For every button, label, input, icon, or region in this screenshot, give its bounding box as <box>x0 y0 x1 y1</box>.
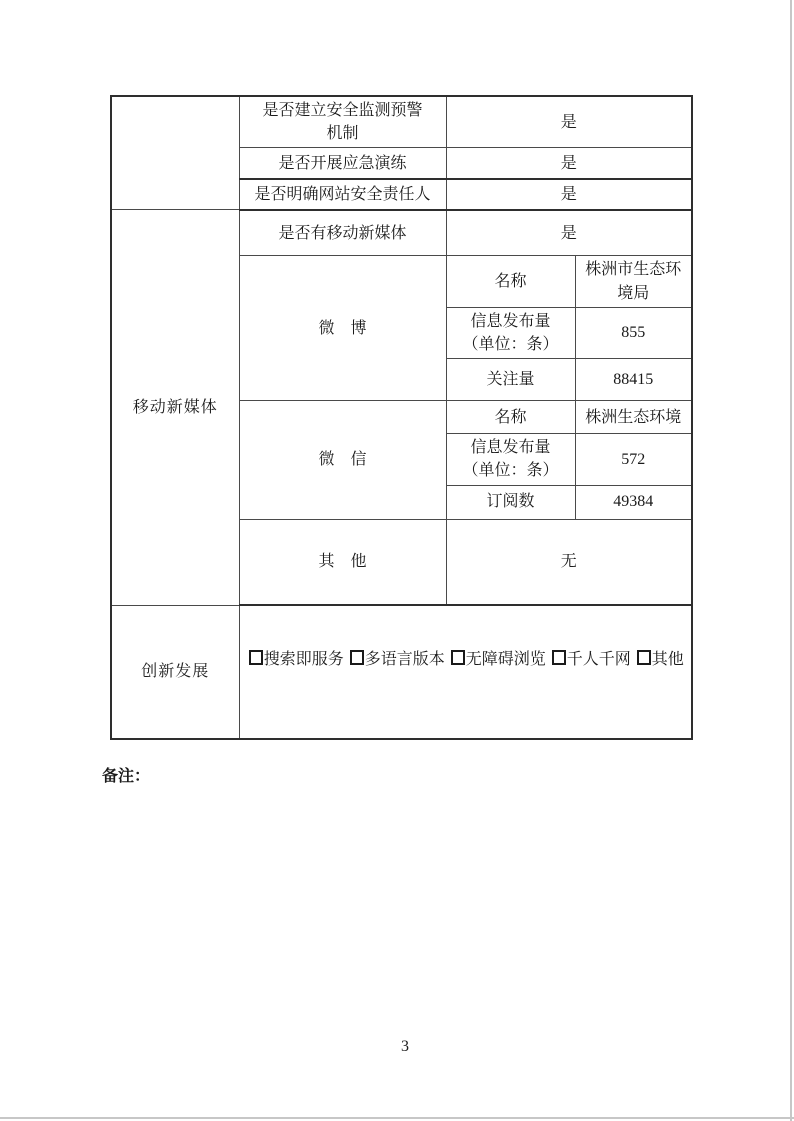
checkbox-search-as-service-icon[interactable] <box>249 650 263 665</box>
weibo-name-value: 株洲市生态环 境局 <box>575 256 692 307</box>
wechat-subscribers-label: 订阅数 <box>446 485 575 519</box>
checkbox-qianren-qianwang-icon[interactable] <box>552 650 566 665</box>
section-label-innovation: 创新发展 <box>111 605 239 739</box>
wechat-name-label: 名称 <box>446 401 575 434</box>
option-other: 其他 <box>652 651 684 668</box>
option-search-as-service: 搜索即服务 <box>264 651 344 668</box>
weibo-followers-value: 88415 <box>575 359 692 401</box>
checkbox-accessibility-icon[interactable] <box>451 650 465 665</box>
security-monitor-label: 是否建立安全监测预警 机制 <box>239 96 446 148</box>
weibo-posts-label: 信息发布量 （单位：条） <box>446 307 575 358</box>
page-edge-right <box>790 0 792 1121</box>
wechat-posts-value: 572 <box>575 434 692 485</box>
innovation-options-cell: 搜索即服务 多语言版本 无障碍浏览 千人千网 其他 <box>239 605 692 739</box>
page-edge-bottom <box>0 1117 794 1119</box>
security-owner-value: 是 <box>446 179 692 210</box>
page-number: 3 <box>0 1038 794 1056</box>
security-monitor-value: 是 <box>446 96 692 148</box>
option-multilingual: 多语言版本 <box>365 651 445 668</box>
report-table: 是否建立安全监测预警 机制 是 是否开展应急演练 是 是否明确网站安全责任人 是… <box>110 95 693 740</box>
checkbox-other-icon[interactable] <box>637 650 651 665</box>
innovation-options: 搜索即服务 多语言版本 无障碍浏览 千人千网 其他 <box>247 651 684 668</box>
has-mobile-media-value: 是 <box>446 210 692 256</box>
option-accessibility: 无障碍浏览 <box>466 651 546 668</box>
weibo-label: 微 博 <box>239 256 446 401</box>
other-media-label: 其 他 <box>239 519 446 605</box>
weibo-name-label: 名称 <box>446 256 575 307</box>
option-qianren-qianwang: 千人千网 <box>567 651 631 668</box>
wechat-posts-label: 信息发布量 （单位：条） <box>446 434 575 485</box>
section-cell-empty <box>111 96 239 210</box>
wechat-subscribers-value: 49384 <box>575 485 692 519</box>
section-label-mobile-media: 移动新媒体 <box>111 210 239 605</box>
security-owner-label: 是否明确网站安全责任人 <box>239 179 446 210</box>
weibo-posts-value: 855 <box>575 307 692 358</box>
weibo-followers-label: 关注量 <box>446 359 575 401</box>
has-mobile-media-label: 是否有移动新媒体 <box>239 210 446 256</box>
checkbox-multilingual-icon[interactable] <box>350 650 364 665</box>
remark-label: 备注： <box>102 763 150 786</box>
emergency-drill-label: 是否开展应急演练 <box>239 148 446 179</box>
wechat-name-value: 株洲生态环境 <box>575 401 692 434</box>
emergency-drill-value: 是 <box>446 148 692 179</box>
wechat-label: 微 信 <box>239 401 446 519</box>
other-media-value: 无 <box>446 519 692 605</box>
